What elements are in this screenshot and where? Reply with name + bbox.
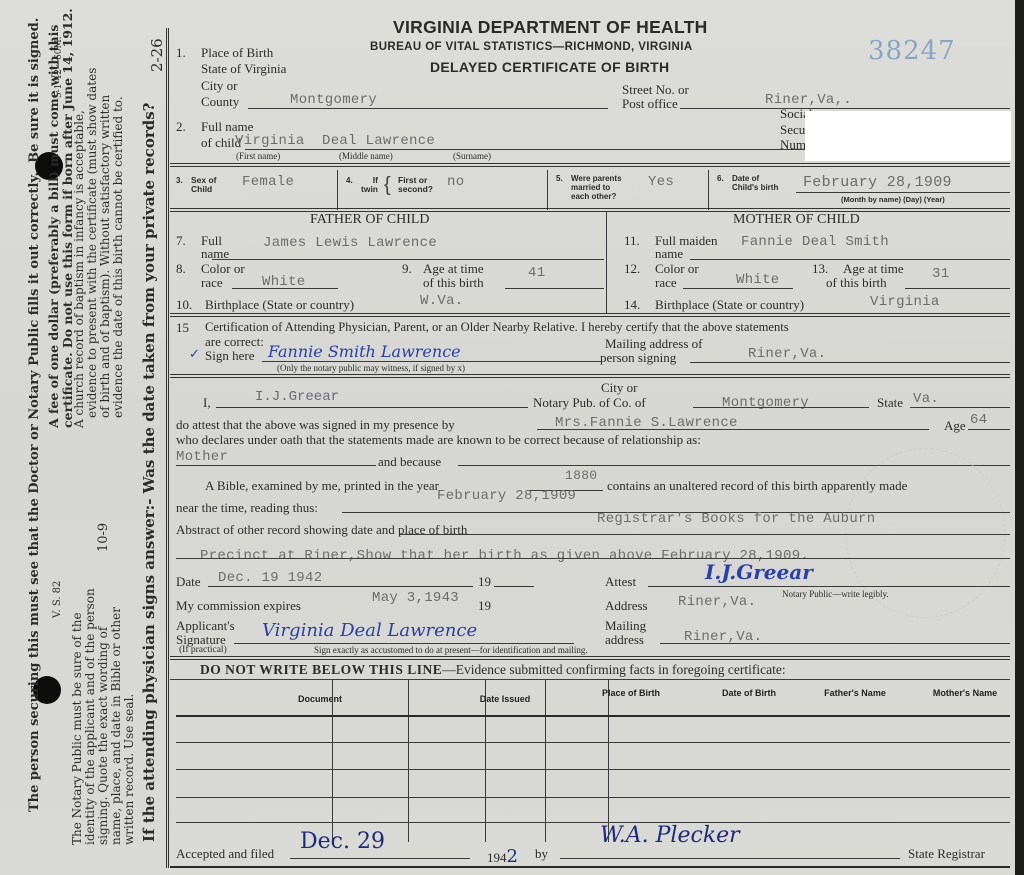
- notary-city-label: City or: [601, 380, 637, 396]
- instruction-line-1: The person securing this must see that t…: [27, 18, 42, 812]
- print-code: 5-1-42—60M.: [54, 36, 64, 98]
- date-value[interactable]: Dec. 19 1942: [218, 570, 322, 586]
- table-row[interactable]: [176, 742, 1010, 743]
- ssn-redaction-box[interactable]: [805, 111, 1011, 161]
- divider-4: [170, 374, 1010, 378]
- certification-text: Certification of Attending Physician, Pa…: [205, 320, 789, 335]
- registrar-signature[interactable]: W.A. Plecker: [600, 823, 740, 848]
- table-row[interactable]: [176, 797, 1010, 798]
- registrar-label: State Registrar: [908, 846, 985, 862]
- col-divider: [547, 170, 548, 210]
- notary-name-value[interactable]: I.J.Greear: [255, 389, 339, 405]
- sex-value[interactable]: Female: [242, 174, 294, 190]
- applicant-signature[interactable]: Virginia Deal Lawrence: [262, 620, 477, 641]
- brace-icon: {: [384, 174, 391, 197]
- county-underline: [248, 108, 608, 109]
- header-rule: [176, 715, 1010, 717]
- father-age-value[interactable]: 41: [528, 265, 545, 281]
- mailing-underline: [690, 362, 1010, 363]
- father-birthplace-value[interactable]: W.Va.: [420, 293, 464, 309]
- certificate-number-stamp: 38247: [868, 36, 956, 66]
- checkmark-icon: ✓: [189, 347, 200, 362]
- field-14-number: 14.: [624, 297, 640, 313]
- field-6-number: 6.: [717, 174, 724, 183]
- signer-age-value[interactable]: 64: [970, 412, 987, 428]
- notary-county-underline: [693, 407, 869, 408]
- attest-text: do attest that the above was signed in m…: [176, 417, 455, 433]
- field-15-number: 15: [176, 320, 189, 336]
- mother-birthplace-label: Birthplace (State or country): [655, 297, 804, 313]
- instructions-sidebar: The person securing this must see that t…: [0, 0, 168, 875]
- certifier-signature[interactable]: Fannie Smith Lawrence: [268, 342, 461, 361]
- child-name-value[interactable]: Virginia Deal Lawrence: [235, 133, 435, 149]
- date-19-label: 19: [478, 574, 491, 590]
- married-label: Were parentsmarried toeach other?: [571, 174, 622, 201]
- notary-caption: Notary Public—write legibly.: [782, 589, 889, 599]
- registrar-underline: [560, 858, 900, 859]
- divider-3: [170, 313, 1010, 317]
- field-10-number: 10.: [176, 297, 192, 313]
- mailing-address-label-2: person signing: [600, 350, 676, 366]
- field-9-number: 9.: [402, 261, 412, 277]
- twin-value[interactable]: no: [447, 174, 464, 190]
- street-underline: [680, 108, 1010, 109]
- mother-name-value[interactable]: Fannie Deal Smith: [741, 234, 889, 250]
- commission-label: My commission expires: [176, 598, 301, 614]
- mother-heading: MOTHER OF CHILD: [733, 212, 860, 228]
- accepted-label: Accepted and filed: [176, 846, 274, 862]
- father-birthplace-label: Birthplace (State or country): [205, 297, 354, 313]
- surname-caption: (Surname): [453, 151, 491, 161]
- accepted-date-value[interactable]: Dec. 29: [300, 829, 385, 854]
- col-divider: [337, 170, 338, 210]
- applicant-label-3: (If practical): [179, 645, 227, 655]
- bureau-subtitle: BUREAU OF VITAL STATISTICS—RICHMOND, VIR…: [370, 41, 693, 53]
- attest-label: Attest: [605, 574, 636, 590]
- certifier-mailing-value[interactable]: Riner,Va.: [748, 346, 826, 362]
- notary-state-value[interactable]: Va.: [913, 391, 939, 407]
- handwritten-note: 10-9: [96, 523, 111, 552]
- declares-text: who declares under oath that the stateme…: [176, 432, 701, 448]
- place-of-birth-label: Place of Birth: [201, 45, 273, 61]
- applicant-mailing-label-2: address: [605, 632, 644, 648]
- bible-text-1: A Bible, examined by me, printed in the …: [205, 478, 439, 494]
- state-label: State of Virginia: [201, 61, 286, 77]
- commission-value[interactable]: May 3,1943: [372, 590, 459, 606]
- field-11-number: 11.: [624, 233, 640, 249]
- mother-age-value[interactable]: 31: [932, 266, 949, 282]
- mother-age-label-2: of this birth: [826, 275, 887, 291]
- field-1-number: 1.: [176, 45, 186, 61]
- sign-here-label: Sign here: [205, 348, 254, 364]
- county-value[interactable]: Montgomery: [290, 92, 377, 108]
- table-row[interactable]: [176, 822, 1010, 823]
- because-label: and because: [378, 454, 441, 470]
- col-divider: [408, 680, 409, 842]
- notary-state-underline: [910, 407, 1010, 408]
- middle-name-caption: (Middle name): [339, 151, 393, 161]
- notary-name-underline: [216, 407, 528, 408]
- dob-caption: (Month by name) (Day) (Year): [841, 195, 945, 204]
- father-color-underline: [232, 288, 338, 289]
- field-3-number: 3.: [176, 176, 183, 185]
- notary-i-label: I,: [203, 395, 211, 411]
- signer-underline: [537, 429, 929, 430]
- abstract-underline: [400, 534, 1010, 535]
- notary-signature[interactable]: I.J.Greear: [705, 560, 813, 584]
- form-code: V. S. 82: [52, 581, 63, 618]
- county-label: County: [201, 94, 239, 110]
- dob-value[interactable]: February 28,1909: [803, 174, 952, 191]
- col-header-date-of-birth: Date of Birth: [716, 688, 782, 699]
- street-label-2: Post office: [622, 96, 678, 112]
- applicant-mailing-underline: [660, 643, 1010, 644]
- reading-label: near the time, reading thus:: [176, 500, 318, 516]
- certificate-page: The person securing this must see that t…: [0, 0, 1024, 875]
- married-value[interactable]: Yes: [648, 174, 674, 190]
- department-title: VIRGINIA DEPARTMENT OF HEALTH: [393, 17, 708, 38]
- accepted-underline: [290, 858, 470, 859]
- father-age-underline: [505, 288, 604, 289]
- signer-age-underline: [968, 429, 1010, 430]
- divider-2: [170, 208, 1010, 212]
- sex-label: Sex ofChild: [191, 176, 217, 194]
- relationship-underline: [176, 465, 376, 466]
- field-8-number: 8.: [176, 261, 186, 277]
- evidence-heading: DO NOT WRITE BELOW THIS LINE—Evidence su…: [200, 662, 786, 678]
- dob-underline: [796, 192, 1010, 193]
- commission-19-label: 19: [478, 598, 491, 614]
- notary-county-value[interactable]: Montgomery: [722, 395, 809, 411]
- twin-label: Iftwin: [361, 176, 378, 194]
- signer-age-label: Age: [944, 418, 966, 434]
- first-name-caption: (First name): [236, 151, 280, 161]
- abstract-value-1[interactable]: Registrar's Books for the Auburn: [597, 511, 875, 527]
- city-label: City or: [201, 78, 237, 94]
- mother-name-label-2: name: [655, 246, 683, 262]
- by-label: by: [535, 846, 548, 862]
- field-12-number: 12.: [624, 261, 640, 277]
- field-4-number: 4.: [346, 176, 353, 185]
- mother-color-underline: [683, 288, 793, 289]
- divider-1: [170, 163, 1010, 167]
- field-2-number: 2.: [176, 119, 186, 135]
- col-divider: [608, 680, 609, 842]
- witness-note: (Only the notary public may witness, if …: [277, 363, 465, 373]
- col-divider: [708, 170, 709, 210]
- field-7-number: 7.: [176, 233, 186, 249]
- field-5-number: 5.: [556, 174, 563, 183]
- col-header-fathers-name: Father's Name: [822, 688, 888, 699]
- notary-pub-label: Notary Pub. of Co. of: [533, 395, 646, 411]
- abstract-underline-2: [176, 558, 1010, 559]
- father-name-value[interactable]: James Lewis Lawrence: [263, 235, 437, 251]
- signature-underline: [262, 361, 602, 362]
- certificate-title: DELAYED CERTIFICATE OF BIRTH: [430, 59, 669, 75]
- attest-underline: [648, 586, 1010, 587]
- relationship-value[interactable]: Mother: [176, 449, 228, 465]
- date-underline: [208, 586, 473, 587]
- divider-5: [170, 656, 1010, 660]
- bible-year-value[interactable]: 1880: [565, 468, 597, 483]
- mother-birthplace-value[interactable]: Virginia: [870, 294, 940, 310]
- mother-age-underline: [905, 288, 1010, 289]
- parents-divider: [606, 212, 607, 314]
- notary-address-label: Address: [605, 598, 648, 614]
- father-heading: FATHER OF CHILD: [310, 212, 430, 228]
- col-header-place-of-birth: Place of Birth: [596, 688, 666, 699]
- scan-edge: [1015, 0, 1024, 875]
- date-label: Date: [176, 574, 201, 590]
- father-color-label-2: race: [201, 275, 223, 291]
- col-header-document: Document: [270, 694, 370, 705]
- reading-value[interactable]: February 28,1909: [437, 488, 576, 504]
- notary-state-label: State: [877, 395, 903, 411]
- mother-color-value[interactable]: White: [736, 272, 780, 288]
- private-records-question: If the attending physician signs answer:…: [140, 103, 158, 842]
- form-border-left: [166, 28, 169, 868]
- table-top-line: [170, 679, 1010, 680]
- year-label: 1942: [487, 846, 518, 867]
- father-name-underline: [212, 259, 604, 260]
- dob-label: Date ofChild's birth: [732, 174, 778, 192]
- date-year-underline: [494, 586, 534, 587]
- abstract-label: Abstract of other record showing date an…: [176, 522, 467, 538]
- notary-address-value[interactable]: Riner,Va.: [678, 594, 756, 610]
- table-row[interactable]: [176, 769, 1010, 770]
- bottom-border: [170, 866, 1010, 868]
- private-records-answer: 2-26: [148, 38, 166, 72]
- bible-text-2: contains an unaltered record of this bir…: [607, 478, 907, 494]
- col-header-mothers-name: Mother's Name: [932, 688, 998, 699]
- applicant-signature-underline: [234, 643, 574, 644]
- mother-color-label-2: race: [655, 275, 677, 291]
- col-header-date-issued: Date Issued: [445, 694, 565, 705]
- applicant-caption: Sign exactly as accustomed to do at pres…: [314, 645, 588, 655]
- father-age-label-2: of this birth: [423, 275, 484, 291]
- first-second-label: First orsecond?: [398, 176, 433, 194]
- mother-name-underline: [690, 259, 1010, 260]
- child-name-underline: [245, 149, 805, 150]
